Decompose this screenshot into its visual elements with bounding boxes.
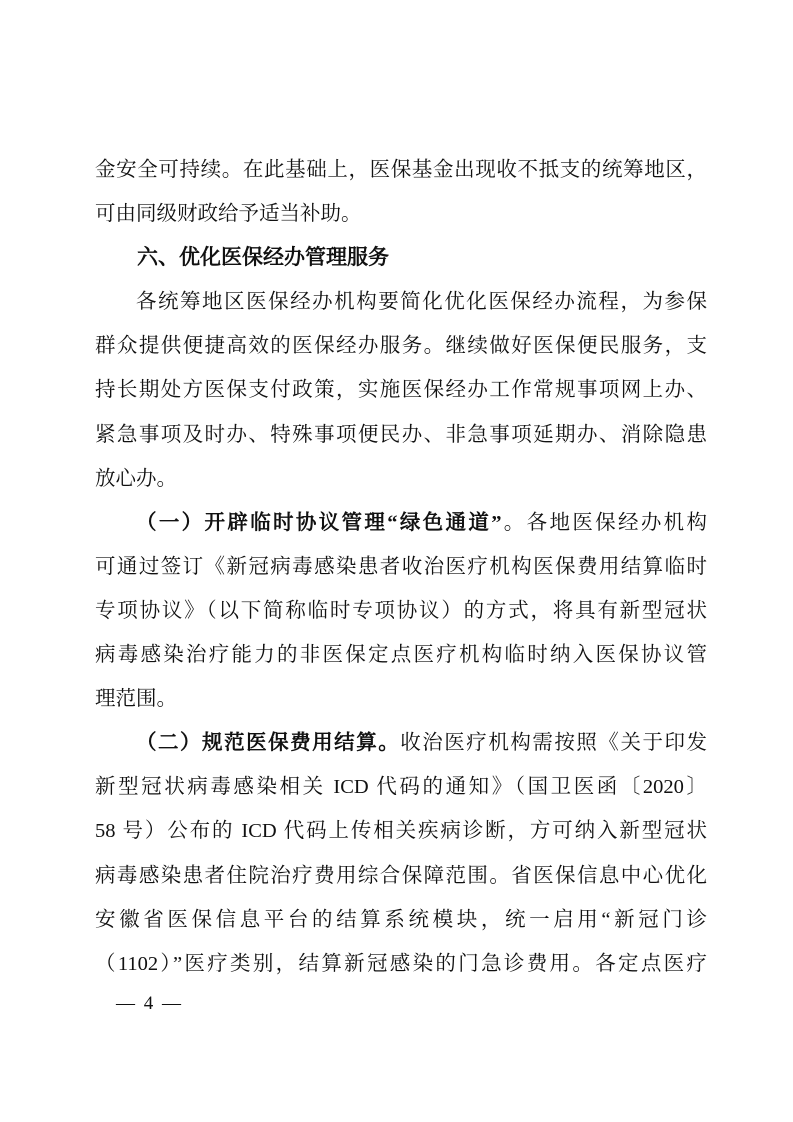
text-line: 群众提供便捷高效的医保经办服务。继续做好医保便民服务，支 <box>95 324 707 368</box>
text-line: （1102）”医疗类别，结算新冠感染的门急诊费用。各定点医疗 <box>95 942 707 986</box>
text-line: 可由同级财政给予适当补助。 <box>95 192 707 236</box>
sub-item-one-title: （一）开辟临时协议管理“绿色通道” <box>136 512 501 534</box>
section-heading: 六、优化医保经办管理服务 <box>95 236 707 280</box>
text-line: 病毒感染患者住院治疗费用综合保障范围。省医保信息中心优化 <box>95 854 707 898</box>
document-body: 金安全可持续。在此基础上，医保基金出现收不抵支的统筹地区， 可由同级财政给予适当… <box>95 148 707 986</box>
text-line: 病毒感染治疗能力的非医保定点医疗机构临时纳入医保协议管 <box>95 633 707 677</box>
text-line: 紧急事项及时办、特殊事项便民办、非急事项延期办、消除隐患 <box>95 413 707 457</box>
text-line: 58 号）公布的 ICD 代码上传相关疾病诊断，方可纳入新型冠状 <box>95 809 707 853</box>
document-page: 金安全可持续。在此基础上，医保基金出现收不抵支的统筹地区， 可由同级财政给予适当… <box>0 0 793 1122</box>
sub-item-two-title: （二）规范医保费用结算。 <box>136 732 400 754</box>
text-line: 新型冠状病毒感染相关 ICD 代码的通知》（国卫医函〔2020〕 <box>95 765 707 809</box>
text-line: 放心办。 <box>95 457 707 501</box>
text-line: 持长期处方医保支付政策，实施医保经办工作常规事项网上办、 <box>95 368 707 412</box>
sub-item-two-line: （二）规范医保费用结算。收治医疗机构需按照《关于印发 <box>95 721 707 765</box>
text-line: 可通过签订《新冠病毒感染患者收治医疗机构医保费用结算临时 <box>95 545 707 589</box>
text-line: 理范围。 <box>95 677 707 721</box>
sub-item-two-text: 收治医疗机构需按照《关于印发 <box>400 732 707 754</box>
text-line: 安徽省医保信息平台的结算系统模块，统一启用“新冠门诊 <box>95 898 707 942</box>
sub-item-one-line: （一）开辟临时协议管理“绿色通道”。各地医保经办机构 <box>95 501 707 545</box>
text-line: 金安全可持续。在此基础上，医保基金出现收不抵支的统筹地区， <box>95 148 707 192</box>
text-line: 各统筹地区医保经办机构要简化优化医保经办流程，为参保 <box>95 280 707 324</box>
sub-item-one-text: 。各地医保经办机构 <box>501 512 707 534</box>
page-footer: — 4 — <box>116 988 183 1020</box>
page-number: — 4 — <box>116 993 183 1014</box>
text-line: 专项协议》（以下简称临时专项协议）的方式，将具有新型冠状 <box>95 589 707 633</box>
